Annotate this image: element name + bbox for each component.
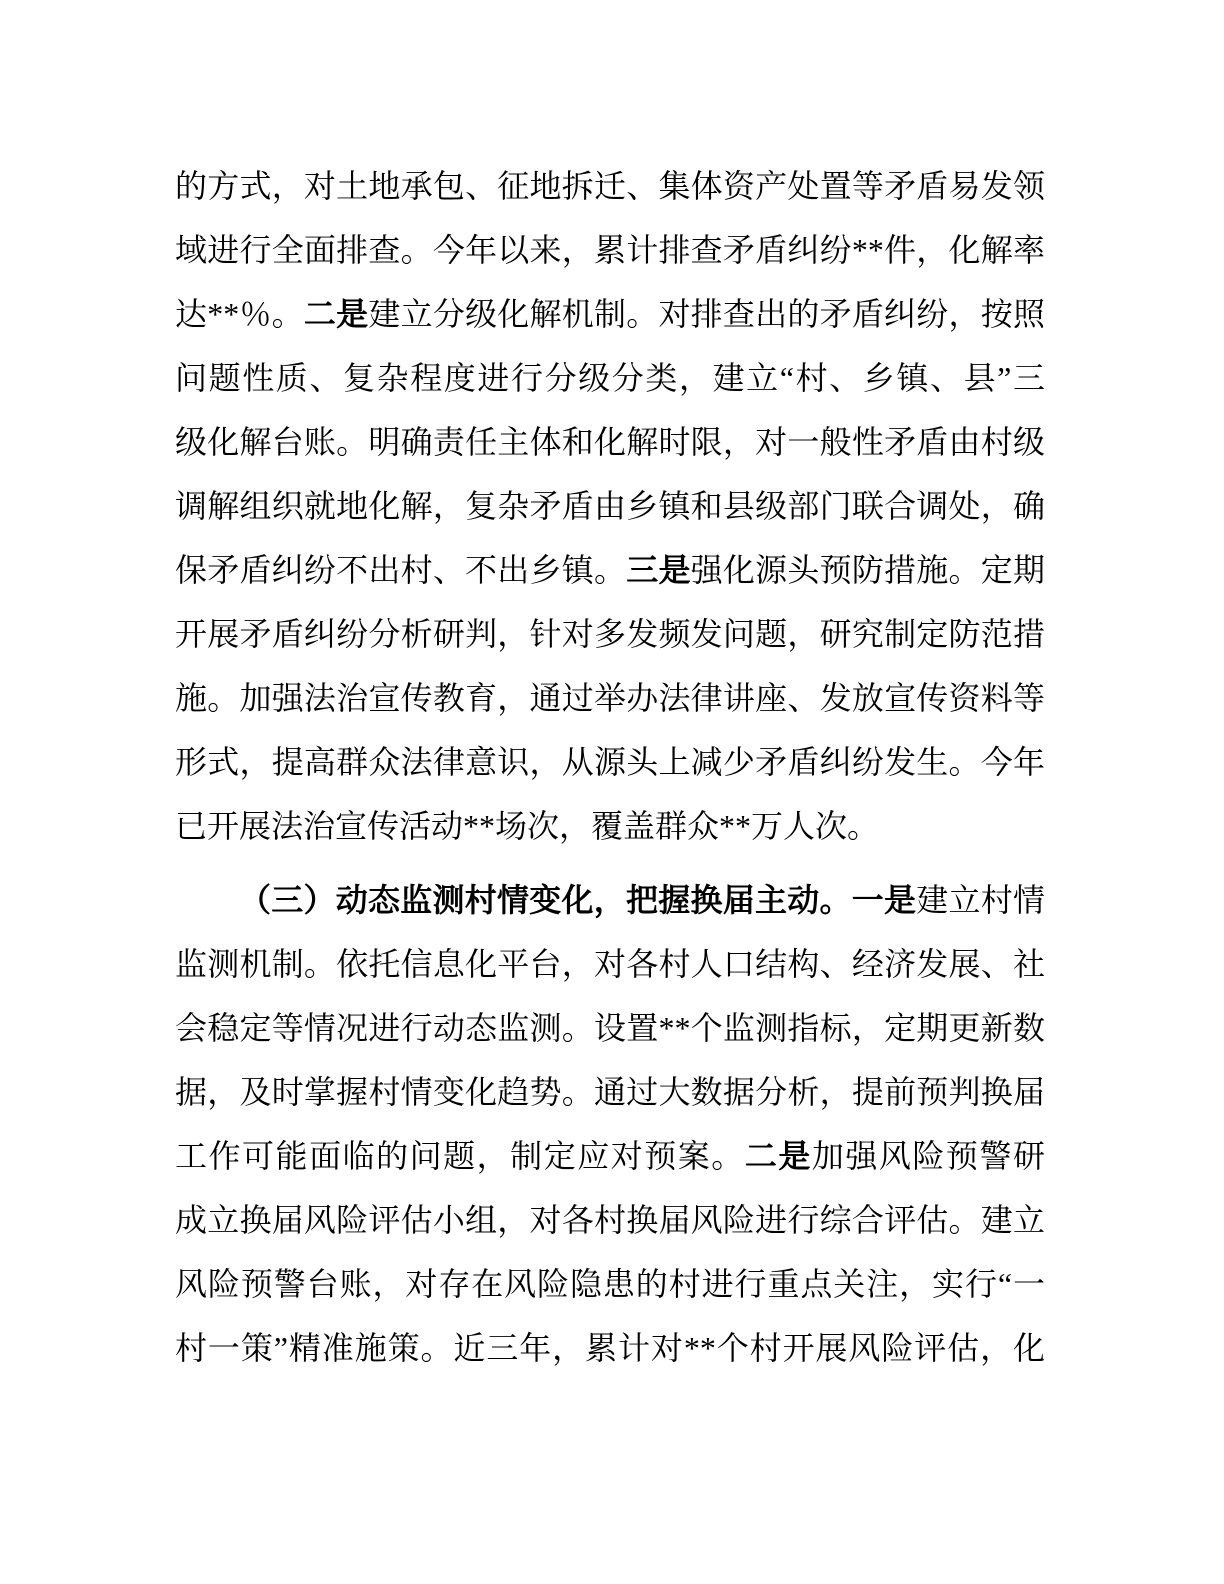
body-text-segment: 施。加强法治宣传教育，通过举办法律讲座、发放宣传资料等 [175, 680, 1045, 716]
body-text-segment: 会稳定等情况进行动态监测。设置**个监测指标，定期更新数 [175, 1010, 1045, 1046]
bold-lead-third: 三是 [626, 552, 690, 588]
text-line: 问题性质、复杂程度进行分级分类，建立“村、乡镇、县”三 [175, 346, 1045, 410]
text-line: 成立换届风险评估小组，对各村换届风险进行综合评估。建立 [175, 1188, 1045, 1252]
body-text-segment: 的方式，对土地承包、征地拆迁、集体资产处置等矛盾易发领 [175, 168, 1045, 204]
text-line: 已开展法治宣传活动**场次，覆盖群众**万人次。 [175, 794, 1045, 858]
body-text-segment: 已开展法治宣传活动**场次，覆盖群众**万人次。 [175, 808, 879, 844]
text-line: 级化解台账。明确责任主体和化解时限，对一般性矛盾由村级 [175, 410, 1045, 474]
text-line: 的方式，对土地承包、征地拆迁、集体资产处置等矛盾易发领 [175, 154, 1045, 218]
text-line: 达**％。二是建立分级化解机制。对排查出的矛盾纠纷，按照 [175, 282, 1045, 346]
body-text-segment: 据，及时掌握村情变化趋势。通过大数据分析，提前预判换届 [175, 1074, 1045, 1110]
body-text-segment: 形式，提高群众法律意识，从源头上减少矛盾纠纷发生。今年 [175, 744, 1045, 780]
text-line: 风险预警台账，对存在风险隐患的村进行重点关注，实行“一 [175, 1252, 1045, 1316]
text-line: 域进行全面排查。今年以来，累计排查矛盾纠纷**件，化解率 [175, 218, 1045, 282]
body-text-segment: 保矛盾纠纷不出村、不出乡镇。 [175, 552, 626, 588]
body-text-segment: 强化源头预防措施。定期 [691, 552, 1045, 588]
document-page: 的方式，对土地承包、征地拆迁、集体资产处置等矛盾易发领 域进行全面排查。今年以来… [0, 0, 1224, 1584]
text-line: 调解组织就地化解，复杂矛盾由乡镇和县级部门联合调处，确 [175, 474, 1045, 538]
body-text-segment: 域进行全面排查。今年以来，累计排查矛盾纠纷**件，化解率 [175, 232, 1045, 268]
text-line: （三）动态监测村情变化，把握换届主动。一是建立村情 [175, 868, 1045, 932]
body-text-segment: 工作可能面临的问题，制定应对预案。 [175, 1138, 745, 1174]
text-line: 保矛盾纠纷不出村、不出乡镇。三是强化源头预防措施。定期 [175, 538, 1045, 602]
body-text-segment: 建立村情 [916, 882, 1045, 918]
text-line: 监测机制。依托信息化平台，对各村人口结构、经济发展、社 [175, 932, 1045, 996]
body-text-segment: 村一策”精准施策。近三年，累计对**个村开展风险评估，化 [175, 1330, 1045, 1366]
body-text-segment: 调解组织就地化解，复杂矛盾由乡镇和县级部门联合调处，确 [175, 488, 1045, 524]
body-text-segment: 成立换届风险评估小组，对各村换届风险进行综合评估。建立 [175, 1202, 1045, 1238]
body-text-segment: 问题性质、复杂程度进行分级分类，建立“村、乡镇、县”三 [175, 360, 1045, 396]
text-line: 据，及时掌握村情变化趋势。通过大数据分析，提前预判换届 [175, 1060, 1045, 1124]
bold-lead-second: 二是 [304, 296, 368, 332]
paragraph-village-monitoring: （三）动态监测村情变化，把握换届主动。一是建立村情 监测机制。依托信息化平台，对… [175, 868, 1045, 1380]
body-text-segment: 监测机制。依托信息化平台，对各村人口结构、经济发展、社 [175, 946, 1045, 982]
text-line: 工作可能面临的问题，制定应对预案。二是加强风险预警研判。 [175, 1124, 1045, 1188]
text-line: 村一策”精准施策。近三年，累计对**个村开展风险评估，化 [175, 1316, 1045, 1380]
paragraph-conflict-resolution: 的方式，对土地承包、征地拆迁、集体资产处置等矛盾易发领 域进行全面排查。今年以来… [175, 154, 1045, 858]
text-line: 会稳定等情况进行动态监测。设置**个监测指标，定期更新数 [175, 996, 1045, 1060]
section-heading-three: （三）动态监测村情变化，把握换届主动。一是 [239, 882, 916, 918]
text-line: 形式，提高群众法律意识，从源头上减少矛盾纠纷发生。今年 [175, 730, 1045, 794]
text-line: 施。加强法治宣传教育，通过举办法律讲座、发放宣传资料等 [175, 666, 1045, 730]
text-line: 开展矛盾纠纷分析研判，针对多发频发问题，研究制定防范措 [175, 602, 1045, 666]
body-text-segment: 风险预警台账，对存在风险隐患的村进行重点关注，实行“一 [175, 1266, 1045, 1302]
bold-lead-second: 二是 [745, 1138, 812, 1174]
body-text-segment: 开展矛盾纠纷分析研判，针对多发频发问题，研究制定防范措 [175, 616, 1045, 652]
body-text-segment: 级化解台账。明确责任主体和化解时限，对一般性矛盾由村级 [175, 424, 1045, 460]
body-text-segment: 达**％。 [175, 296, 304, 332]
body-text-segment: 建立分级化解机制。对排查出的矛盾纠纷，按照 [368, 296, 1045, 332]
